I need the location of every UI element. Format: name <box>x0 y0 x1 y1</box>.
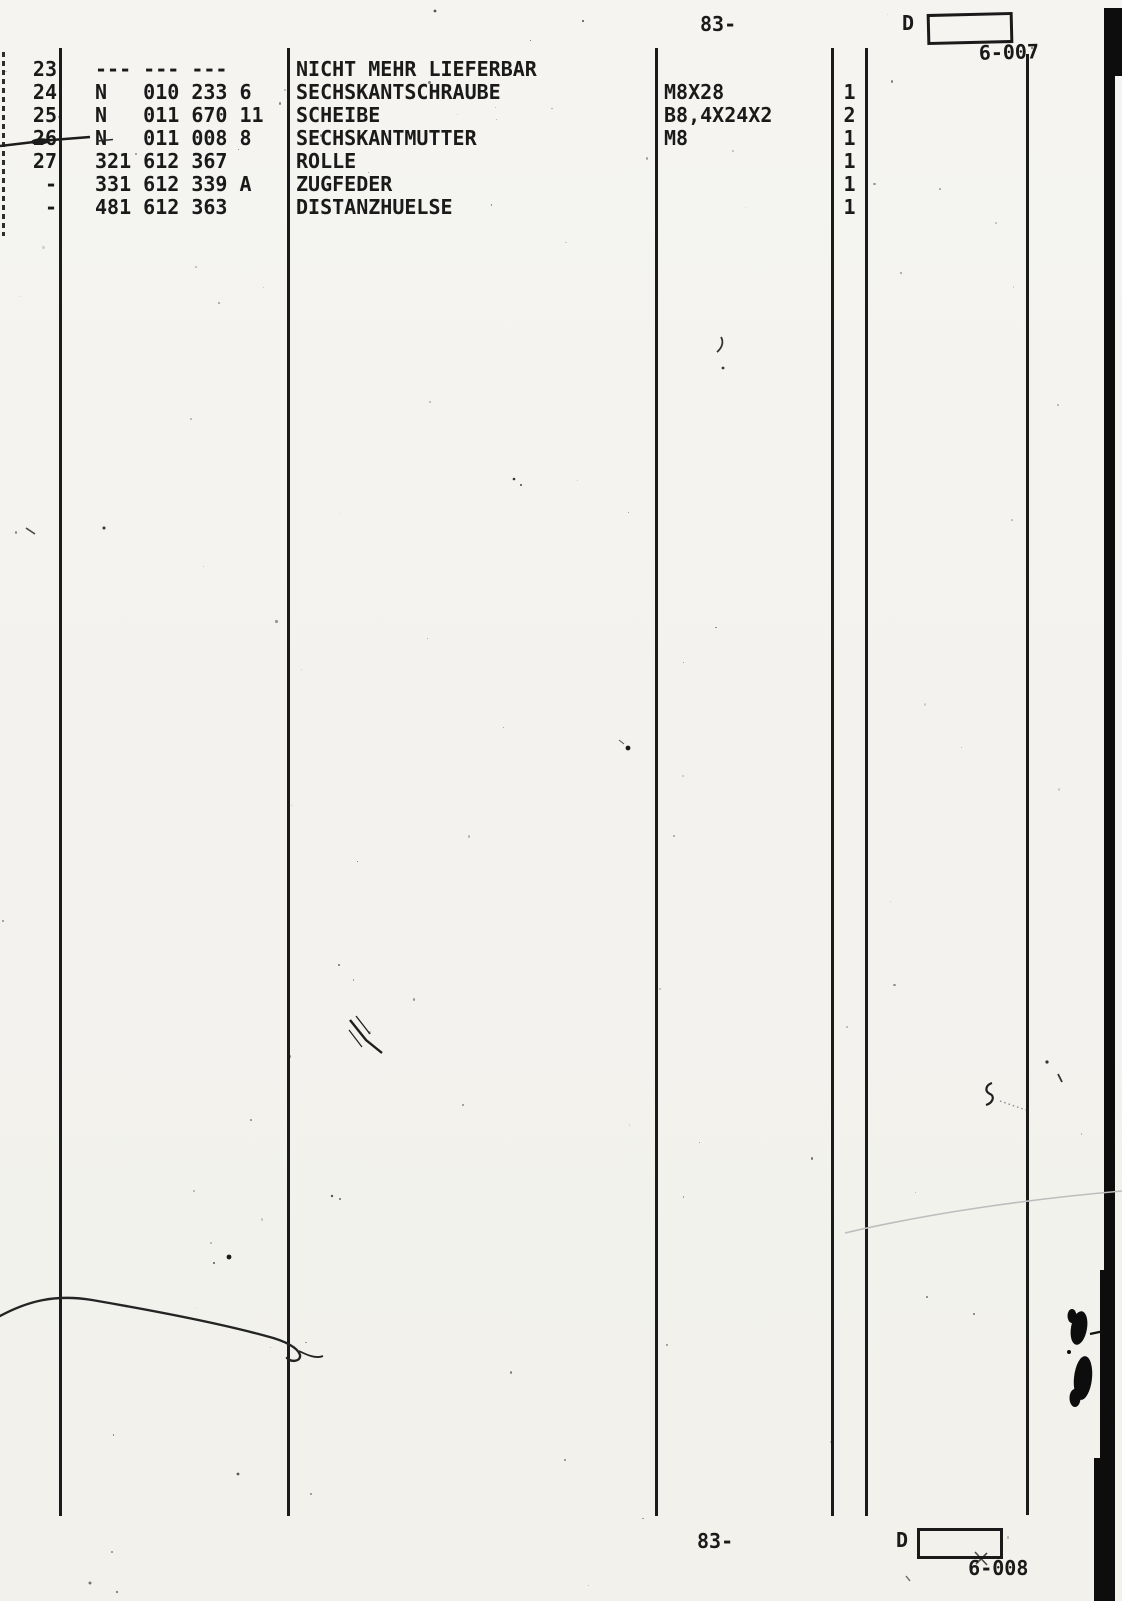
section-letter-bottom: D <box>896 1529 908 1552</box>
scan-specks <box>0 0 1122 1601</box>
sheet-ref-box-bottom: 6-008 <box>917 1528 1003 1559</box>
sheet-ref-bottom: 6-008 <box>968 1556 1028 1580</box>
page-code-bottom: 83- <box>697 1530 733 1553</box>
scanned-parts-list-page: 83- D 6-007 23 --- --- --- NICHT MEHR LI… <box>0 0 1122 1601</box>
